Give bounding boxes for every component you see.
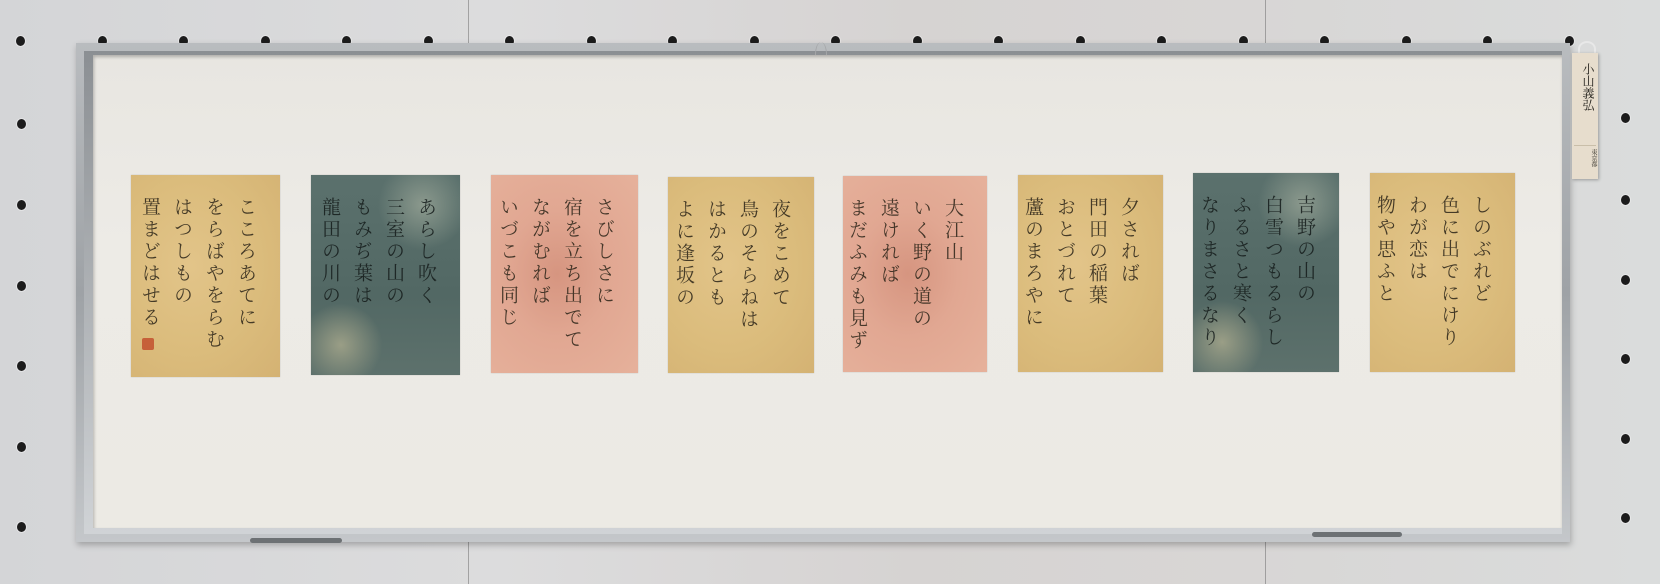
calligraphy-panel-2: あらし吹く 三室の山の もみぢ葉は 龍田の川の 錦なりけり bbox=[311, 175, 460, 375]
calligraphy-text: 夜をこめて 鳥のそらねは はかるとも よに逢坂の 関はゆるさじ bbox=[682, 199, 796, 357]
calligraphy-panel-1: こころあてに をらばやをらむ はつしもの 置まどはせる 白菊の花 bbox=[131, 175, 280, 377]
bottom-clip-left bbox=[250, 538, 342, 543]
wall-peg-hole bbox=[17, 522, 26, 532]
wall-peg-hole bbox=[1621, 113, 1630, 123]
wall-peg-hole bbox=[17, 281, 26, 291]
bottom-clip-right bbox=[1312, 532, 1402, 537]
calligraphy-text: 吉野の山の 白雪つもるらし ふるさと寒く なりまさるなり 冬 bbox=[1207, 195, 1321, 356]
calligraphy-panel-3: さびしさに 宿を立ち出でて ながむれば いづこも同じ 秋の夕暮れ bbox=[491, 175, 638, 373]
calligraphy-text: こころあてに をらばやをらむ はつしもの 置まどはせる 白菊の花 bbox=[145, 197, 262, 361]
wall-peg-hole bbox=[17, 442, 26, 452]
artist-name-tag: 小山義弘 東京都 bbox=[1572, 53, 1598, 179]
calligraphy-panel-4: 夜をこめて 鳥のそらねは はかるとも よに逢坂の 関はゆるさじ bbox=[668, 177, 814, 373]
wall-peg-hole bbox=[1621, 195, 1630, 205]
artist-name: 小山義弘 bbox=[1572, 63, 1598, 111]
wall-peg-hole bbox=[16, 36, 25, 46]
calligraphy-text: さびしさに 宿を立ち出でて ながむれば いづこも同じ 秋の夕暮れ bbox=[505, 197, 620, 357]
wall-peg-hole bbox=[1621, 434, 1630, 444]
wall-peg-hole bbox=[1621, 354, 1630, 364]
tag-divider bbox=[1574, 145, 1596, 146]
calligraphy-panel-6: 夕されば 門田の稲葉 おとづれて 蘆のまろやに 秋風ぞ吹く bbox=[1018, 175, 1163, 372]
wall-peg-hole bbox=[1621, 275, 1630, 285]
wall-peg-hole bbox=[17, 361, 26, 371]
wall-peg-hole bbox=[17, 200, 26, 210]
artist-seal bbox=[142, 338, 154, 350]
calligraphy-text: 大江山 いく野の道の 遠ければ まだふみも見ず 天の橋立 bbox=[857, 198, 969, 356]
calligraphy-panel-7: 吉野の山の 白雪つもるらし ふるさと寒く なりまさるなり 冬 bbox=[1193, 173, 1339, 372]
calligraphy-text: あらし吹く 三室の山の もみぢ葉は 龍田の川の 錦なりけり bbox=[325, 197, 442, 359]
calligraphy-panel-5: 大江山 いく野の道の 遠ければ まだふみも見ず 天の橋立 bbox=[843, 176, 987, 372]
wall-peg-hole bbox=[17, 119, 26, 129]
artist-location: 東京都 bbox=[1572, 149, 1598, 167]
calligraphy-panel-8: しのぶれど 色に出でにけり わが恋は 物や思ふと 人の問ふまで bbox=[1370, 173, 1515, 372]
wall-peg-hole bbox=[1621, 513, 1630, 523]
calligraphy-text: しのぶれど 色に出でにけり わが恋は 物や思ふと 人の問ふまで bbox=[1384, 195, 1497, 356]
calligraphy-text: 夕されば 門田の稲葉 おとづれて 蘆のまろやに 秋風ぞ吹く bbox=[1032, 197, 1145, 356]
